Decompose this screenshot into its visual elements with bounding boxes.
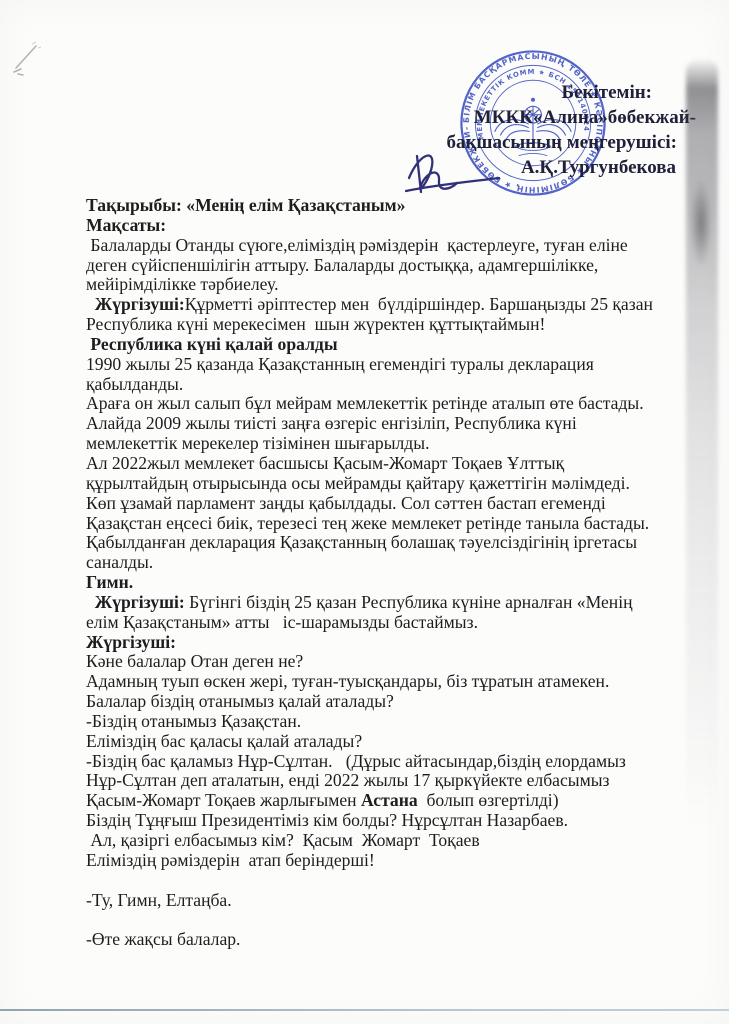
scan-smudge bbox=[686, 58, 718, 828]
doc-text: Кәне балалар Отан деген не? bbox=[86, 651, 303, 671]
doc-text: Қасым-Жомарт Тоқаев жарлығымен bbox=[86, 790, 361, 810]
doc-line: Мақсаты: bbox=[86, 216, 686, 236]
doc-line: мейірімділікке тәрбиелеу. bbox=[86, 275, 686, 295]
doc-text: Ал 2022жыл мемлекет басшысы Қасым-Жомарт… bbox=[86, 453, 564, 473]
doc-line: Ал 2022жыл мемлекет басшысы Қасым-Жомарт… bbox=[86, 454, 686, 474]
doc-line: Араға он жыл салып бұл мейрам мемлекетті… bbox=[86, 394, 686, 414]
doc-line: Жүргізуші:Құрметті әріптестер мен бүлдір… bbox=[86, 295, 686, 315]
doc-line: Біздің Тұңғыш Президентіміз кім болды? Н… bbox=[86, 811, 686, 831]
doc-text bbox=[86, 909, 90, 929]
doc-text: Алайда 2009 жылы тиісті заңға өзгеріс ен… bbox=[86, 413, 577, 433]
scan-smudge-dark-spot bbox=[690, 178, 712, 268]
doc-text: -Біздің отанымыз Қазақстан. bbox=[86, 711, 301, 731]
doc-line: Нұр-Сұлтан деп аталатын, енді 2022 жылы … bbox=[86, 771, 686, 791]
doc-line: Адамның туып өскен жері, туған-туысқанда… bbox=[86, 672, 686, 692]
doc-line: Балаларды Отанды сүюге,еліміздің рәмізде… bbox=[86, 236, 686, 256]
doc-line: -Біздің отанымыз Қазақстан. bbox=[86, 712, 686, 732]
doc-text: мемлекеттік мерекелер тізімінен шығарылд… bbox=[86, 433, 429, 453]
doc-text: Балалар біздің отанымыз қалай аталады? bbox=[86, 691, 394, 711]
doc-text: Көп ұзамай парламент заңды қабылдады. Со… bbox=[86, 493, 606, 513]
doc-text: мейірімділікке тәрбиелеу. bbox=[86, 274, 279, 294]
approval-word: Бекітемін: bbox=[562, 82, 652, 104]
doc-text: Қабылданған декларация Қазақстанның бола… bbox=[86, 532, 637, 552]
doc-line: Қазақстан еңсесі биік, терезесі тең жеке… bbox=[86, 514, 686, 534]
doc-text-bold: Гимн. bbox=[86, 572, 133, 592]
doc-line: Кәне балалар Отан деген не? bbox=[86, 652, 686, 672]
doc-line: Еліміздің рәміздерін атап беріндерші! bbox=[86, 851, 686, 871]
doc-line bbox=[86, 910, 686, 930]
doc-text: қабылданды. bbox=[86, 374, 183, 394]
doc-line: Қабылданған декларация Қазақстанның бола… bbox=[86, 533, 686, 553]
signature bbox=[405, 144, 570, 206]
doc-text: елім Қазақстаным» атты іс-шарамызды баст… bbox=[86, 612, 478, 632]
doc-text: болып өзгертілді) bbox=[418, 790, 559, 810]
doc-text: -Біздің бас қаламыз Нұр-Сұлтан. (Дұрыс а… bbox=[86, 751, 626, 771]
doc-text: -Өте жақсы балалар. bbox=[86, 929, 240, 949]
doc-text: Қазақстан еңсесі биік, терезесі тең жеке… bbox=[86, 513, 649, 533]
doc-text: құрылтайдың отырысында осы мейрамды қайт… bbox=[86, 473, 630, 493]
pencil-mark bbox=[8, 34, 68, 84]
doc-line bbox=[86, 871, 686, 891]
doc-text-bold: Республика күні қалай оралды bbox=[86, 334, 338, 354]
doc-text: Ал, қазіргі елбасымыз кім? Қасым Жомарт … bbox=[86, 830, 480, 850]
doc-line: Көп ұзамай парламент заңды қабылдады. Со… bbox=[86, 494, 686, 514]
doc-text: -Ту, Гимн, Елтаңба. bbox=[86, 890, 232, 910]
doc-line: Қасым-Жомарт Тоқаев жарлығымен Астана бо… bbox=[86, 791, 686, 811]
doc-text: Бүгінгі біздің 25 қазан Республика күнін… bbox=[185, 592, 633, 612]
scanned-page: БІЛІМ БАСҚАРМАСЫНЫҢ ТӨЛЕ ★ КӘСІПОРНЫ ★ Б… bbox=[0, 0, 729, 1024]
doc-line: деген сүйіспеншілігін аттыру. Балаларды … bbox=[86, 256, 686, 276]
doc-text bbox=[86, 870, 90, 890]
doc-line: Гимн. bbox=[86, 573, 686, 593]
doc-line: -Ту, Гимн, Елтаңба. bbox=[86, 891, 686, 911]
doc-text: Құрметті әріптестер мен бүлдіршіндер. Ба… bbox=[185, 294, 653, 314]
doc-line: мемлекеттік мерекелер тізімінен шығарылд… bbox=[86, 434, 686, 454]
doc-text-bold: Жүргізуші: bbox=[86, 294, 185, 314]
doc-line: Республика күні қалай оралды bbox=[86, 335, 686, 355]
doc-text-bold: Мақсаты: bbox=[86, 215, 166, 235]
doc-line: Жүргізуші: bbox=[86, 633, 686, 653]
doc-line: Ал, қазіргі елбасымыз кім? Қасым Жомарт … bbox=[86, 831, 686, 851]
doc-line: Республика күні мерекесімен шын жүректен… bbox=[86, 315, 686, 335]
doc-line: Балалар біздің отанымыз қалай аталады? bbox=[86, 692, 686, 712]
doc-line: құрылтайдың отырысында осы мейрамды қайт… bbox=[86, 474, 686, 494]
doc-text-bold: Астана bbox=[361, 790, 418, 810]
scan-edge-line bbox=[0, 1009, 729, 1011]
doc-text: саналды. bbox=[86, 552, 153, 572]
approval-org-line1: МККК«Алина»бөбекжай- bbox=[474, 107, 696, 129]
doc-line: Еліміздің бас қаласы қалай аталады? bbox=[86, 732, 686, 752]
doc-line: Алайда 2009 жылы тиісті заңға өзгеріс ен… bbox=[86, 414, 686, 434]
doc-line: 1990 жылы 25 қазанда Қазақстанның егемен… bbox=[86, 355, 686, 375]
doc-line: Жүргізуші: Бүгінгі біздің 25 қазан Респу… bbox=[86, 593, 686, 613]
doc-text-bold: Жүргізуші: bbox=[86, 592, 185, 612]
doc-text: деген сүйіспеншілігін аттыру. Балаларды … bbox=[86, 255, 598, 275]
doc-line: -Өте жақсы балалар. bbox=[86, 930, 686, 950]
doc-text-bold: Жүргізуші: bbox=[86, 632, 176, 652]
document-body: Тақырыбы: «Менің елім Қазақстаным»Мақсат… bbox=[86, 196, 686, 950]
doc-text: Еліміздің бас қаласы қалай аталады? bbox=[86, 731, 362, 751]
doc-text: Араға он жыл салып бұл мейрам мемлекетті… bbox=[86, 393, 644, 413]
doc-text: Республика күні мерекесімен шын жүректен… bbox=[86, 314, 545, 334]
doc-text: Балаларды Отанды сүюге,еліміздің рәмізде… bbox=[86, 235, 628, 255]
doc-line: қабылданды. bbox=[86, 375, 686, 395]
doc-line: елім Қазақстаным» атты іс-шарамызды баст… bbox=[86, 613, 686, 633]
doc-text: 1990 жылы 25 қазанда Қазақстанның егемен… bbox=[86, 354, 594, 374]
doc-text: Нұр-Сұлтан деп аталатын, енді 2022 жылы … bbox=[86, 770, 610, 790]
doc-line: -Біздің бас қаламыз Нұр-Сұлтан. (Дұрыс а… bbox=[86, 752, 686, 772]
doc-line: саналды. bbox=[86, 553, 686, 573]
doc-text: Біздің Тұңғыш Президентіміз кім болды? Н… bbox=[86, 810, 568, 830]
doc-text: Адамның туып өскен жері, туған-туысқанда… bbox=[86, 671, 609, 691]
doc-text: Еліміздің рәміздерін атап беріндерші! bbox=[86, 850, 375, 870]
doc-text-bold: Тақырыбы: «Менің елім Қазақстаным» bbox=[86, 195, 405, 215]
